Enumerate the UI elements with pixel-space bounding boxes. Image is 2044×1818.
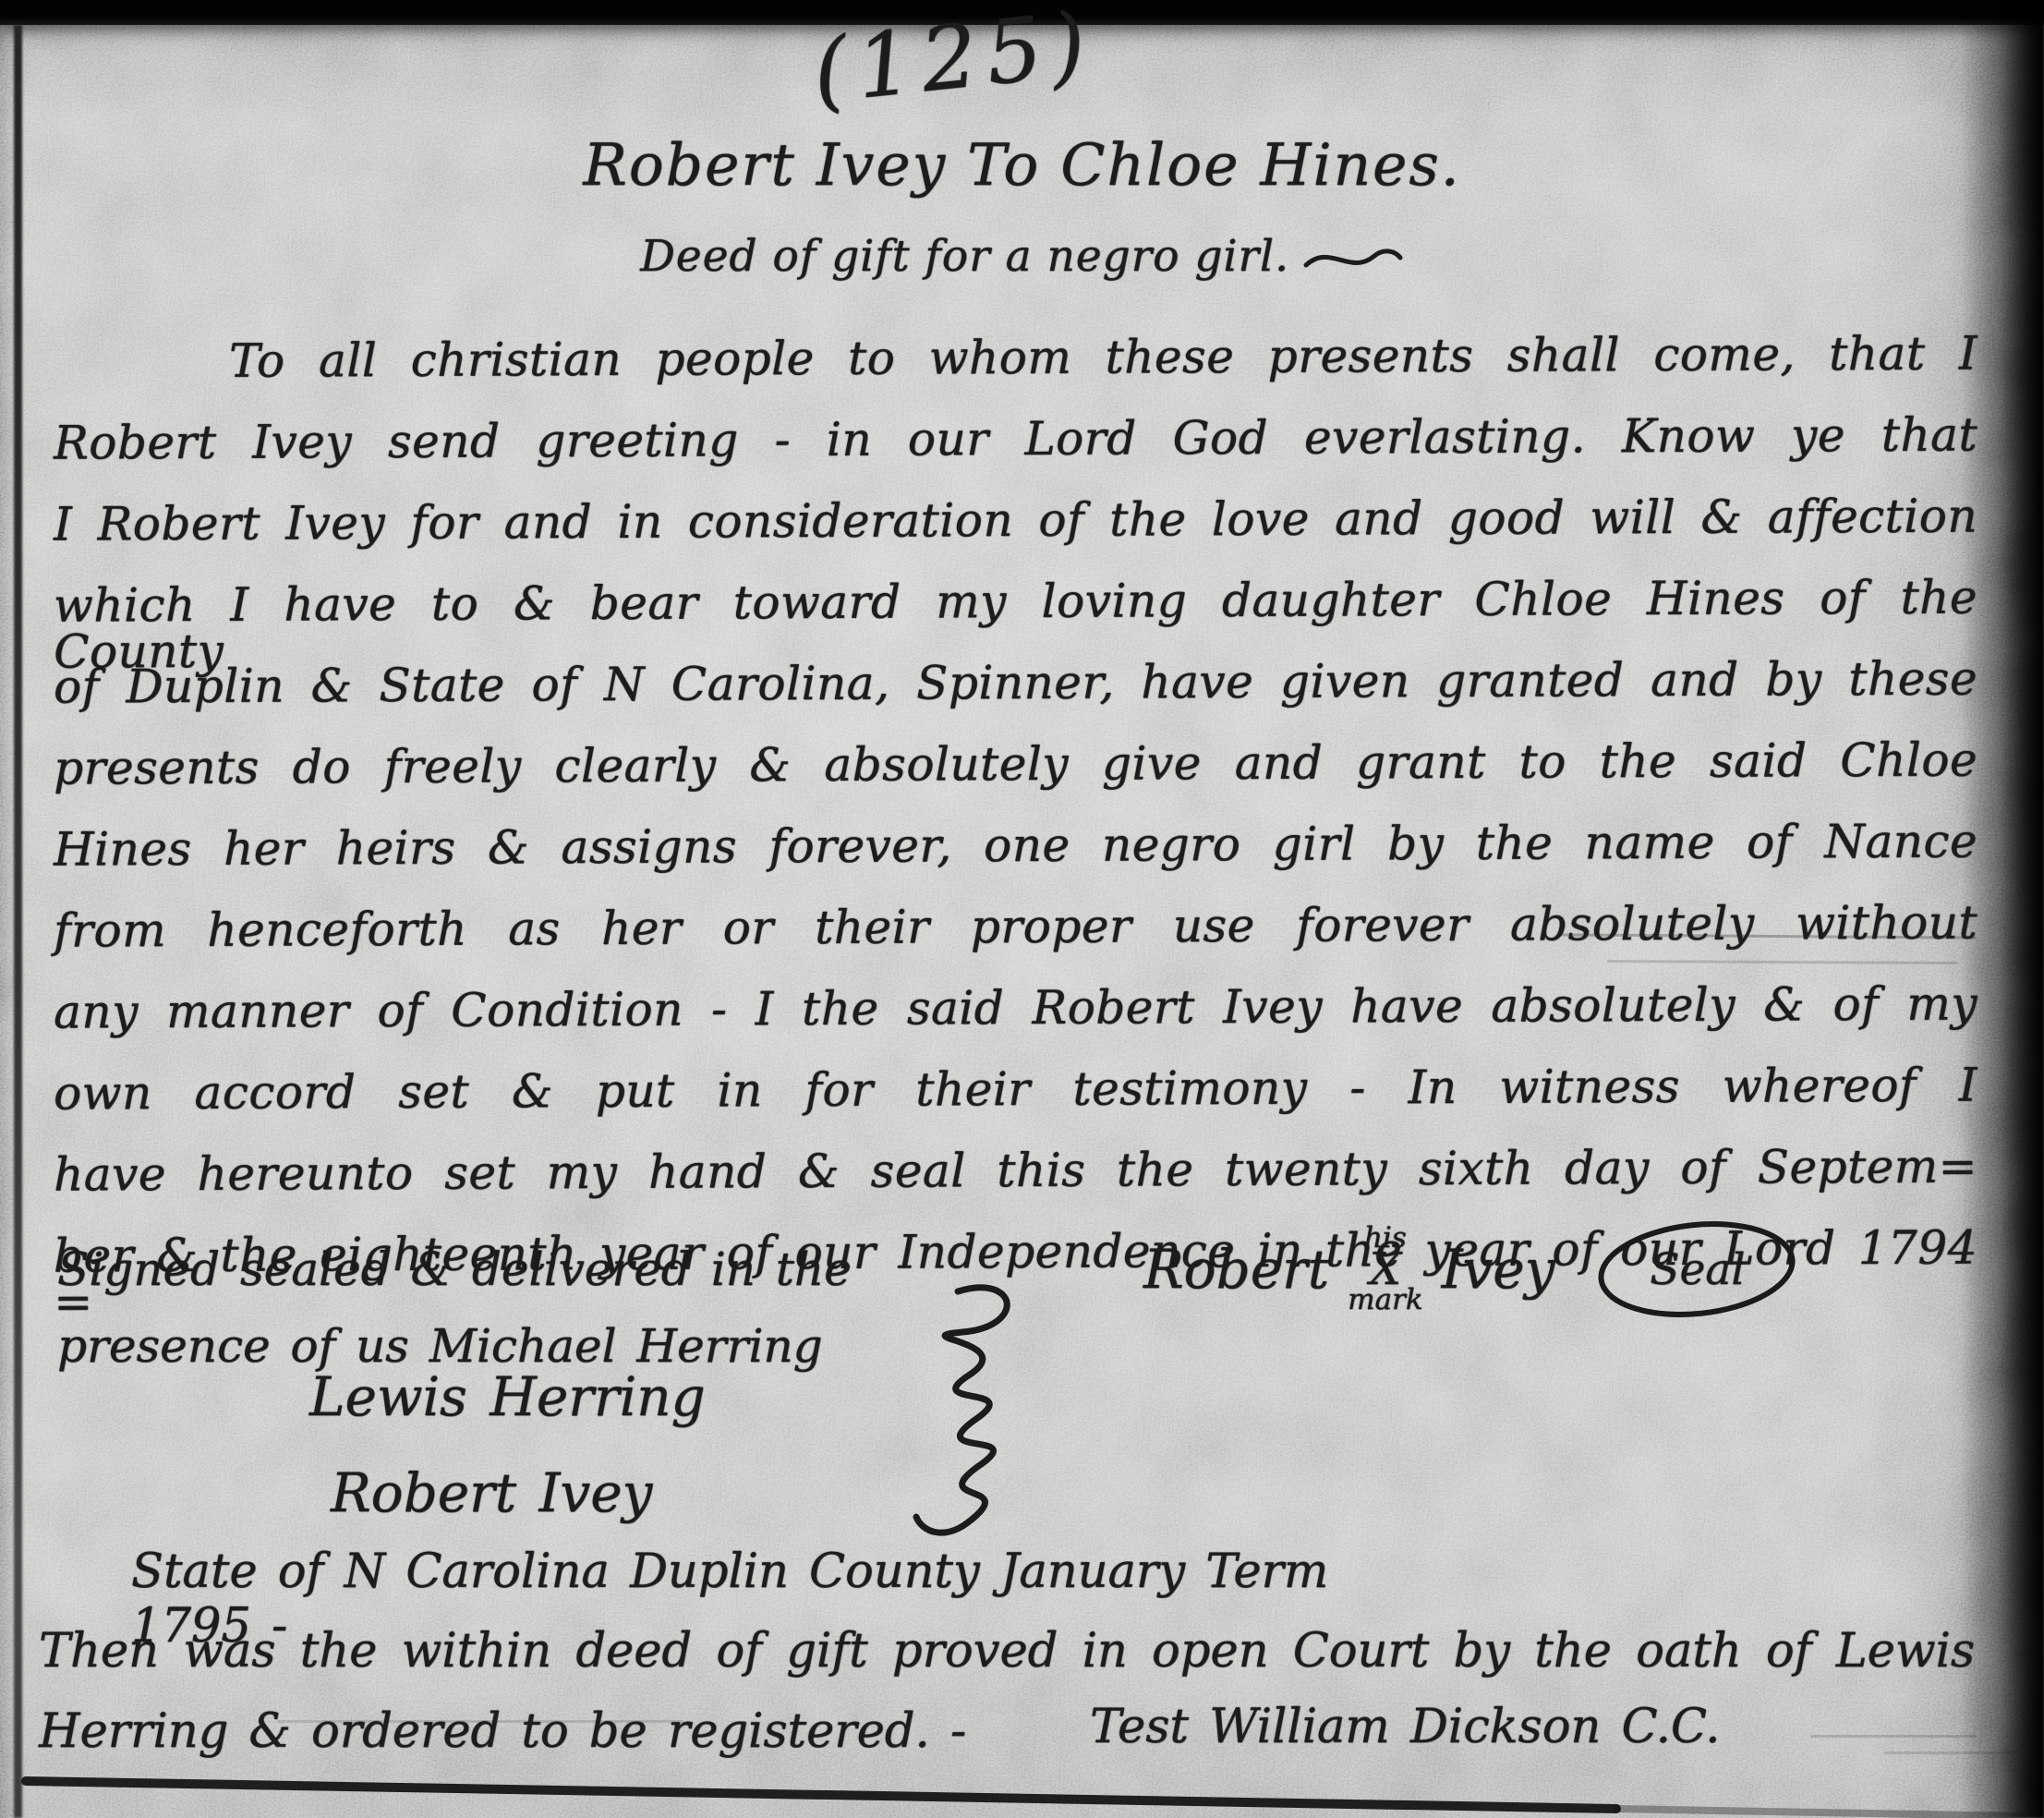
scratch-artifact (1884, 1751, 2023, 1754)
deed-body-line: I Robert Ivey for and in consideration o… (54, 492, 1977, 547)
deed-body-line: any manner of Condition - I the said Rob… (54, 980, 1977, 1035)
signer-first-name: Robert (1143, 1238, 1329, 1301)
x-mark: X (1370, 1251, 1401, 1289)
mark-label: mark (1348, 1288, 1422, 1312)
deed-body-line: from henceforth as her or their proper u… (54, 899, 1977, 953)
attestation-line: Signed sealed & delivered in the (57, 1242, 852, 1296)
signer-signature: Robert his X mark Ivey Seal (1143, 1218, 1801, 1321)
his-x-mark: his X mark (1348, 1226, 1422, 1312)
bottom-rule-line (0, 1766, 2044, 1818)
deed-body-line: Hines her heirs & assigns forever, one n… (54, 818, 1977, 872)
witness-signature: Robert Ivey (331, 1461, 652, 1524)
deed-body-line: have hereunto set my hand & seal this th… (54, 1143, 1977, 1197)
certification-line: Then was the within deed of gift proved … (39, 1624, 1975, 1679)
deed-body-line: own accord set & put in for their testim… (54, 1061, 1977, 1116)
signer-last-name: Ivey (1442, 1238, 1555, 1301)
deed-body-line: Robert Ivey send greeting - in our Lord … (54, 411, 1977, 466)
scanned-register-page: (125) Robert Ivey To Chloe Hines. Deed o… (0, 0, 2044, 1818)
witness-signature: Lewis Herring (309, 1365, 706, 1428)
clerk-attest: Test William Dickson C.C. (1090, 1700, 1720, 1754)
deed-body-line: presents do freely clearly & absolutely … (54, 736, 1977, 791)
subtitle-flourish (1302, 241, 1404, 278)
witness-flourish-loops (879, 1284, 1036, 1547)
seal: Seal (1593, 1218, 1801, 1321)
document-subtitle: Deed of gift for a negro girl. (0, 231, 2044, 282)
certification-line: Herring & ordered to be registered. - (39, 1704, 966, 1759)
scratch-artifact (277, 1720, 683, 1723)
deed-body-line: To all christian people to whom these pr… (54, 330, 1977, 384)
document-title: Robert Ivey To Chloe Hines. (0, 131, 2044, 199)
scratch-artifact (1810, 1735, 1977, 1738)
subtitle-text: Deed of gift for a negro girl. (640, 231, 1289, 282)
deed-body-line: of Duplin & State of N Carolina, Spinner… (54, 655, 1977, 709)
left-margin-rule (14, 25, 22, 1818)
seal-label: Seal (1593, 1218, 1801, 1321)
